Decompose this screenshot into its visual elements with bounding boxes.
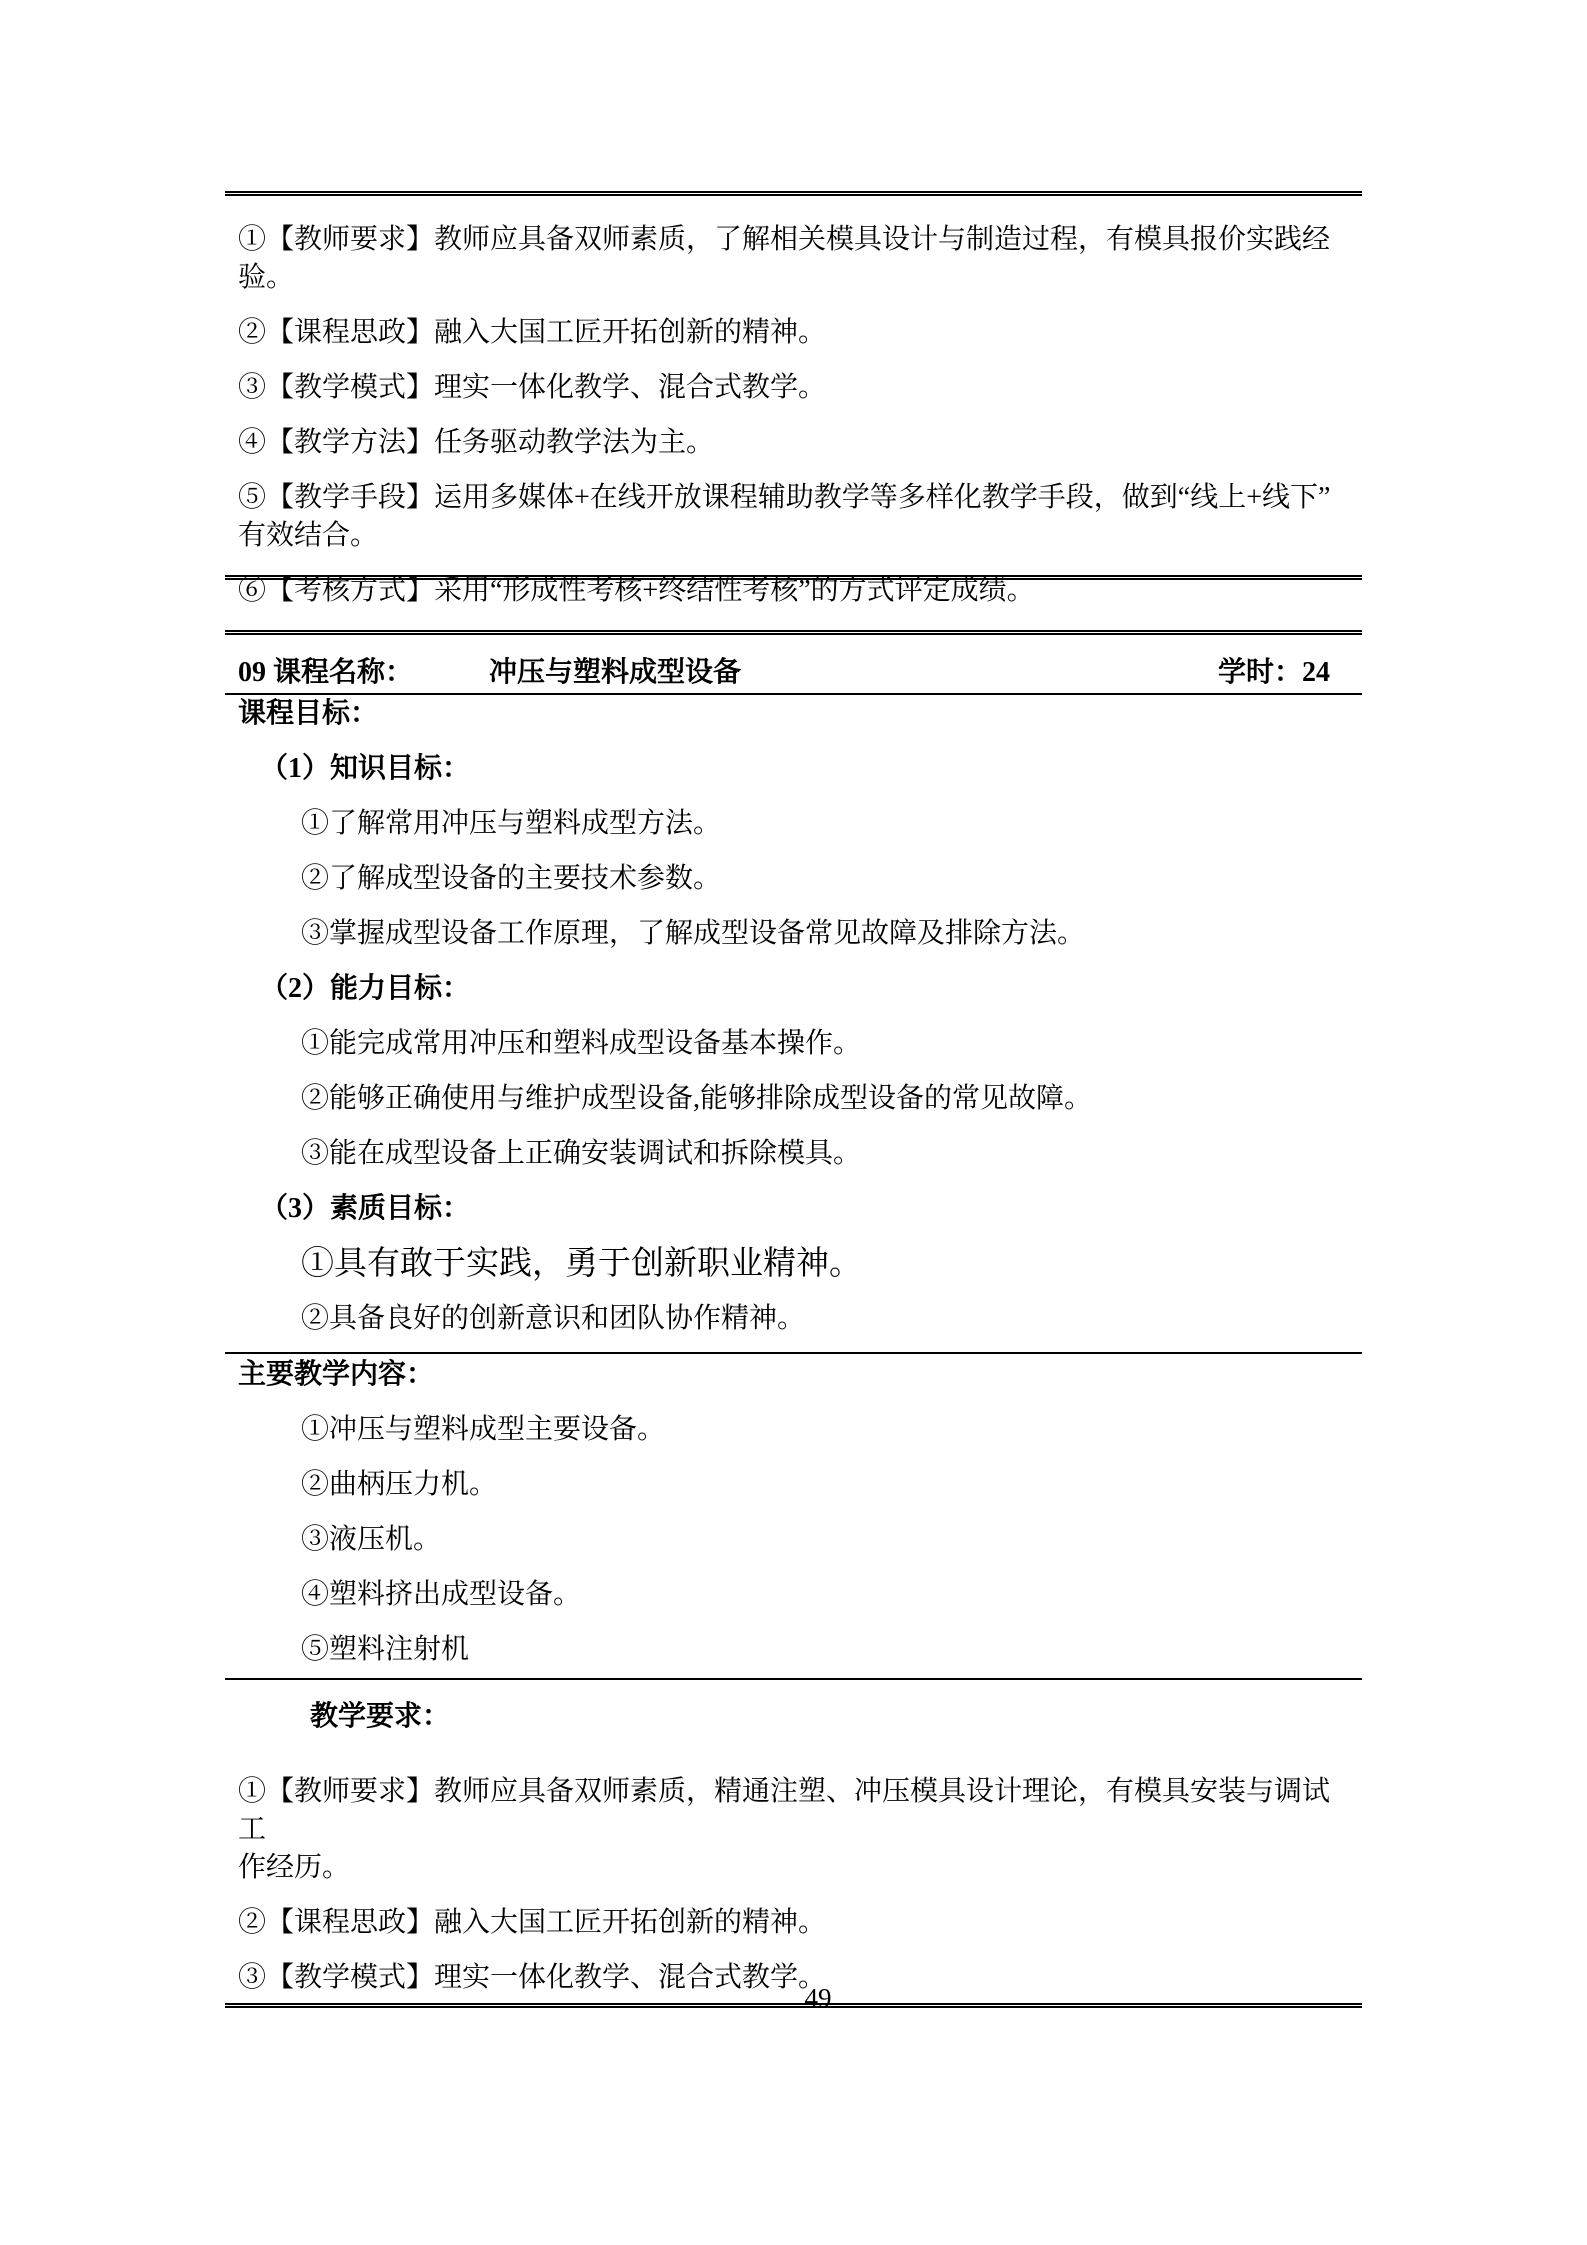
ability-objective-item: ②能够正确使用与维护成型设备,能够排除成型设备的常见故障。: [301, 1080, 1349, 1118]
requirement-item-teacher: ①【教师要求】教师应具备双师素质，精通注塑、冲压模具设计理论，有模具安装与调试工…: [238, 1773, 1349, 1887]
knowledge-objective-item: ①了解常用冲压与塑料成型方法。: [301, 805, 1349, 843]
content-item: ⑤塑料注射机: [301, 1631, 1349, 1669]
objectives-title: 课程目标：: [238, 695, 1349, 733]
course-09-table: 09 课程名称： 冲压与塑料成型设备 学时：24 课程目标： （1）知识目标： …: [225, 630, 1362, 2008]
document-page: ①【教师要求】教师应具备双师素质，了解相关模具设计与制造过程，有模具报价实践经验…: [0, 0, 1587, 2245]
requirement-item-method: ④【教学方法】任务驱动教学法为主。: [238, 424, 1349, 462]
course-content-row: 主要教学内容： ①冲压与塑料成型主要设备。 ②曲柄压力机。 ③液压机。 ④塑料挤…: [225, 1354, 1362, 1680]
knowledge-objective-item: ②了解成型设备的主要技术参数。: [301, 860, 1349, 898]
requirement-item-means: ⑤【教学手段】运用多媒体+在线开放课程辅助教学等多样化教学手段，做到“线上+线下…: [238, 479, 1349, 555]
course-hours: 学时：24: [1218, 654, 1330, 692]
requirement-item-mode: ③【教学模式】理实一体化教学、混合式教学。: [238, 369, 1349, 407]
content-item: ②曲柄压力机。: [301, 1466, 1349, 1504]
teaching-requirements-table-top: ①【教师要求】教师应具备双师素质，了解相关模具设计与制造过程，有模具报价实践经验…: [225, 191, 1362, 580]
knowledge-objective-item: ③掌握成型设备工作原理，了解成型设备常见故障及排除方法。: [301, 915, 1349, 953]
content-title: 主要教学内容：: [238, 1356, 1349, 1394]
content-item: ①冲压与塑料成型主要设备。: [301, 1411, 1349, 1449]
course-number-label: 09 课程名称：: [238, 654, 413, 692]
quality-objective-item: ①具有敢于实践，勇于创新职业精神。: [301, 1245, 1349, 1283]
requirements-title: 教学要求：: [310, 1698, 1349, 1736]
page-number: 49: [805, 1979, 832, 2017]
course-name: 冲压与塑料成型设备: [489, 654, 741, 692]
course-header-row: 09 课程名称： 冲压与塑料成型设备 学时：24: [225, 635, 1362, 695]
requirement-item-ideology: ②【课程思政】融入大国工匠开拓创新的精神。: [238, 314, 1349, 352]
course-requirements-row: 教学要求： ①【教师要求】教师应具备双师素质，精通注塑、冲压模具设计理论，有模具…: [225, 1680, 1362, 2003]
knowledge-objectives-title: （1）知识目标：: [260, 750, 1349, 788]
requirement-item-mode: ③【教学模式】理实一体化教学、混合式教学。: [238, 1959, 1349, 1997]
ability-objective-item: ③能在成型设备上正确安装调试和拆除模具。: [301, 1135, 1349, 1173]
quality-objective-item: ②具备良好的创新意识和团队协作精神。: [301, 1300, 1349, 1338]
content-item: ④塑料挤出成型设备。: [301, 1576, 1349, 1614]
content-item: ③液压机。: [301, 1521, 1349, 1559]
quality-objectives-title: （3）素质目标：: [260, 1190, 1349, 1228]
requirement-item-teacher: ①【教师要求】教师应具备双师素质，了解相关模具设计与制造过程，有模具报价实践经验…: [238, 221, 1349, 297]
requirement-item-assessment: ⑥【考核方式】采用“形成性考核+终结性考核”的方式评定成绩。: [238, 572, 1349, 610]
ability-objectives-title: （2）能力目标：: [260, 970, 1349, 1008]
requirement-item-ideology: ②【课程思政】融入大国工匠开拓创新的精神。: [238, 1904, 1349, 1942]
course-objectives-row: 课程目标： （1）知识目标： ①了解常用冲压与塑料成型方法。 ②了解成型设备的主…: [225, 695, 1362, 1354]
ability-objective-item: ①能完成常用冲压和塑料成型设备基本操作。: [301, 1025, 1349, 1063]
